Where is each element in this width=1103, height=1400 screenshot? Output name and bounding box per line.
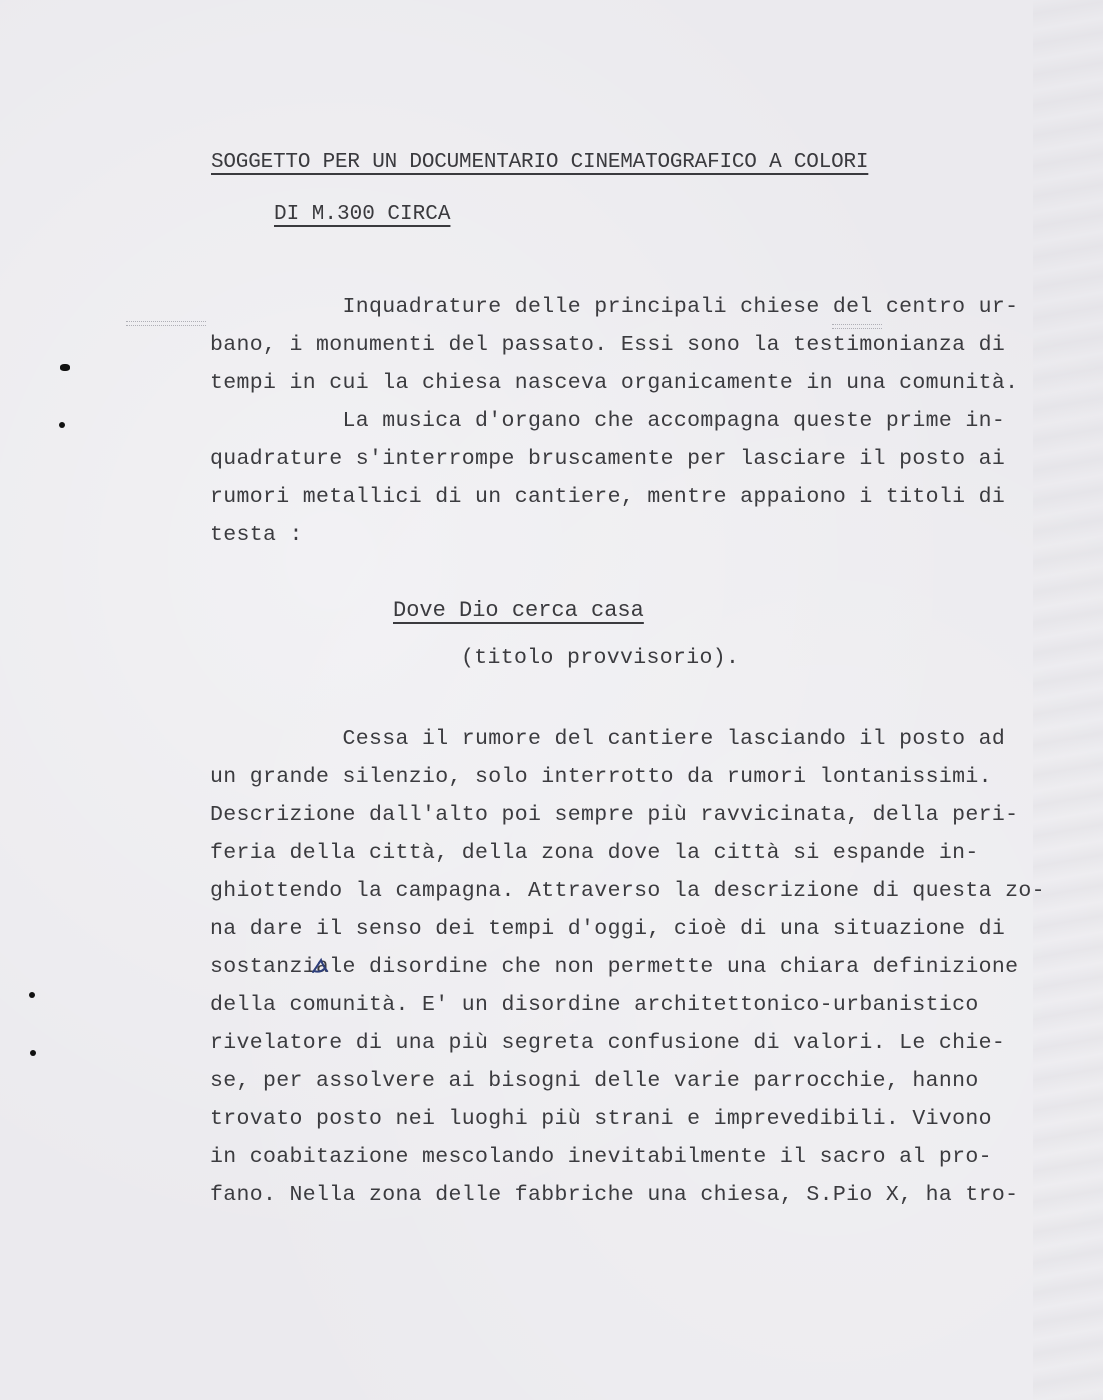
margin-mark <box>59 422 65 428</box>
pen-correction-mark <box>311 957 329 975</box>
typewritten-page: SOGGETTO PER UN DOCUMENTARIO CINEMATOGRA… <box>0 0 1103 1400</box>
paragraph-line: Inquadrature delle principali chiese del… <box>210 295 1018 319</box>
faint-margin-rule <box>126 321 206 326</box>
film-title: Dove Dio cerca casa <box>393 598 644 623</box>
paragraph-line: rivelatore di una più segreta confusione… <box>210 1031 1005 1055</box>
paragraph-line: in coabitazione mescolando inevitabilmen… <box>210 1145 992 1169</box>
margin-mark <box>60 364 70 371</box>
paragraph-line: Descrizione dall'alto poi sempre più rav… <box>210 803 1018 827</box>
paragraph-line: bano, i monumenti del passato. Essi sono… <box>210 333 1005 357</box>
paragraph-line: La musica d'organo che accompagna queste… <box>210 409 1005 433</box>
paragraph-line: se, per assolvere ai bisogni delle varie… <box>210 1069 979 1093</box>
paragraph-line: na dare il senso dei tempi d'oggi, cioè … <box>210 917 1005 941</box>
margin-mark <box>29 992 35 998</box>
paragraph-line: trovato posto nei luoghi più strani e im… <box>210 1107 992 1131</box>
paragraph-line: rumori metallici di un cantiere, mentre … <box>210 485 1005 509</box>
film-title-note: (titolo provvisorio). <box>461 646 739 670</box>
paragraph-line: della comunità. E' un disordine architet… <box>210 993 979 1017</box>
paper-watermark-strip <box>1033 0 1103 1400</box>
paragraph-line: Cessa il rumore del cantiere lasciando i… <box>210 727 1005 751</box>
paragraph-line: testa : <box>210 523 303 547</box>
paragraph-line: feria della città, della zona dove la ci… <box>210 841 979 865</box>
margin-mark <box>30 1050 36 1056</box>
faint-text-rule <box>832 324 882 329</box>
paragraph-line: sostanziale disordine che non permette u… <box>210 955 1018 979</box>
paragraph-line: un grande silenzio, solo interrotto da r… <box>210 765 992 789</box>
document-subtitle: DI M.300 CIRCA <box>274 203 450 226</box>
paragraph-line: fano. Nella zona delle fabbriche una chi… <box>210 1183 1018 1207</box>
paragraph-line: quadrature s'interrompe bruscamente per … <box>210 447 1005 471</box>
paragraph-line: ghiottendo la campagna. Attraverso la de… <box>210 879 1045 903</box>
document-title: SOGGETTO PER UN DOCUMENTARIO CINEMATOGRA… <box>211 151 868 174</box>
paragraph-line: tempi in cui la chiesa nasceva organicam… <box>210 371 1018 395</box>
